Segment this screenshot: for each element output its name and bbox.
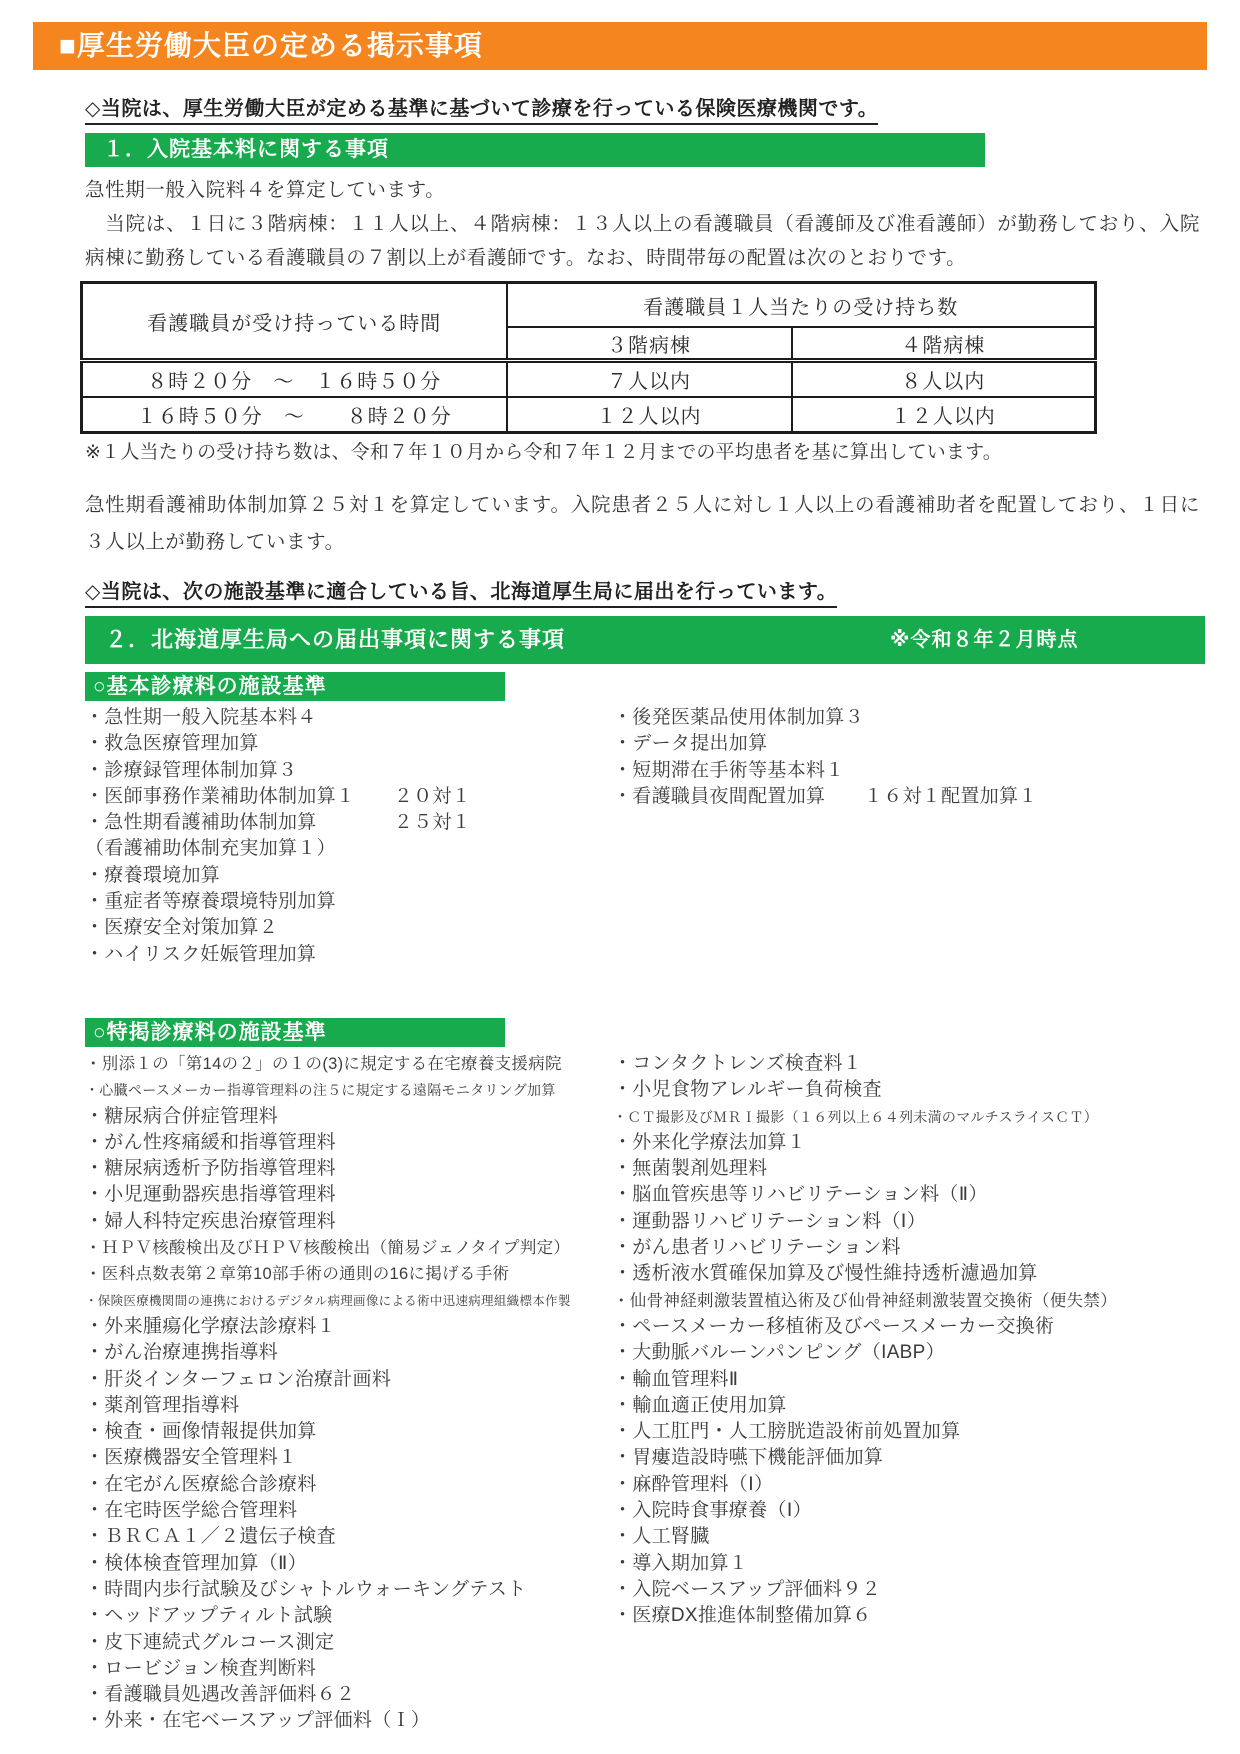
list-item: ・後発医薬品使用体制加算３: [613, 705, 1200, 731]
table-cell-ward3: ７人以内: [507, 361, 792, 398]
table-cell-ward3: １２人以内: [507, 397, 792, 433]
list-item: ・がん性疼痛緩和指導管理料: [85, 1130, 613, 1156]
certification-statement: ◇当院は、厚生労働大臣が定める基準に基づいて診療を行っている保険医療機関です。: [85, 92, 1200, 125]
list-item: ・保険医療機関間の連携におけるデジタル病理画像による術中迅速病理組織標本作製: [85, 1288, 613, 1314]
basic-criteria-left-list: ・急性期一般入院基本料４・救急医療管理加算・診療録管理体制加算３・医師事務作業補…: [85, 705, 613, 968]
list-item: ・がん患者リハビリテーション料: [613, 1235, 1200, 1261]
list-item: ・がん治療連携指導料: [85, 1340, 613, 1366]
list-item: ・医療機器安全管理料１: [85, 1445, 613, 1471]
list-item: ・透析液水質確保加算及び慢性維持透析濾過加算: [613, 1261, 1200, 1287]
list-item: ・医科点数表第２章第10部手術の通則の16に掲げる手術: [85, 1261, 613, 1287]
list-item: ・ペースメーカー移植術及びペースメーカー交換術: [613, 1314, 1200, 1340]
section2-date-note: ※令和８年２月時点: [890, 616, 1078, 664]
table-header-ward4: ４階病棟: [792, 327, 1096, 361]
list-item: ・外来化学療法加算１: [613, 1130, 1200, 1156]
special-criteria-heading: ○特掲診療料の施設基準: [85, 1018, 505, 1047]
list-item: ・入院時食事療養（Ⅰ）: [613, 1498, 1200, 1524]
list-item: ・導入期加算１: [613, 1551, 1200, 1577]
list-item: ・外来・在宅ベースアップ評価料（Ｉ）: [85, 1708, 613, 1734]
list-item: ・入院ベースアップ評価料９２: [613, 1577, 1200, 1603]
list-item: ・看護職員処遇改善評価料６２: [85, 1682, 613, 1708]
list-item: ・胃瘻造設時嚥下機能評価加算: [613, 1445, 1200, 1471]
list-item: ・輸血適正使用加算: [613, 1393, 1200, 1419]
list-item: ・ＨＰＶ核酸検出及びＨＰＶ核酸検出（簡易ジェノタイプ判定）: [85, 1235, 613, 1261]
list-item: ・外来腫瘍化学療法診療料１: [85, 1314, 613, 1340]
basic-criteria-right-list: ・後発医薬品使用体制加算３・データ提出加算・短期滞在手術等基本料１・看護職員夜間…: [613, 705, 1200, 968]
list-item: ・別添１の「第14の２」の１の(3)に規定する在宅療養支援病院: [85, 1051, 613, 1077]
table-footnote: ※１人当たりの受け持ち数は、令和７年１０月から令和７年１２月までの平均患者を基に…: [85, 440, 1200, 465]
table-header-time: 看護職員が受け持っている時間: [82, 283, 507, 361]
table-cell-time: １６時５０分 ～ ８時２０分: [82, 397, 507, 433]
section2-heading: ２．北海道厚生局への届出事項に関する事項 ※令和８年２月時点: [85, 616, 1205, 664]
paragraph-inpatient-fee: 急性期一般入院料４を算定しています。: [85, 175, 1200, 205]
table-cell-time: ８時２０分 ～ １６時５０分: [82, 361, 507, 398]
list-item: （看護補助体制充実加算１）: [85, 836, 613, 862]
certification-statement-text: ◇当院は、厚生労働大臣が定める基準に基づいて診療を行っている保険医療機関です。: [85, 92, 878, 125]
list-item: ・運動器リハビリテーション料（Ⅰ）: [613, 1209, 1200, 1235]
basic-criteria-heading: ○基本診療料の施設基準: [85, 672, 505, 701]
special-criteria-right-list: ・コンタクトレンズ検査料１・小児食物アレルギー負荷検査・ＣＴ撮影及びＭＲＩ撮影（…: [613, 1051, 1200, 1735]
list-item: ・人工腎臓: [613, 1524, 1200, 1550]
list-item: ・脳血管疾患等リハビリテーション料（Ⅱ）: [613, 1182, 1200, 1208]
table-cell-ward4: ８人以内: [792, 361, 1096, 398]
table-header-per-nurse: 看護職員１人当たりの受け持ち数: [507, 283, 1096, 328]
list-item: ・医師事務作業補助体制加算１ ２０対１: [85, 784, 613, 810]
section2-heading-text: ２．北海道厚生局への届出事項に関する事項: [105, 627, 565, 652]
list-item: ・ＢＲＣＡ１／２遺伝子検査: [85, 1524, 613, 1550]
list-item: ・看護職員夜間配置加算 １６対１配置加算１: [613, 784, 1200, 810]
list-item: ・ヘッドアップティルト試験: [85, 1603, 613, 1629]
table-row: １６時５０分 ～ ８時２０分 １２人以内 １２人以内: [82, 397, 1096, 433]
list-item: ・皮下連続式グルコース測定: [85, 1630, 613, 1656]
list-item: ・ハイリスク妊娠管理加算: [85, 942, 613, 968]
table-header-ward3: ３階病棟: [507, 327, 792, 361]
notification-statement-text: ◇当院は、次の施設基準に適合している旨、北海道厚生局に届出を行っています。: [85, 575, 837, 608]
list-item: ・無菌製剤処理料: [613, 1156, 1200, 1182]
list-item: ・肝炎インターフェロン治療計画料: [85, 1367, 613, 1393]
list-item: ・輸血管理料Ⅱ: [613, 1367, 1200, 1393]
paragraph-nursing-assistant: 急性期看護補助体制加算２５対１を算定しています。入院患者２５人に対し１人以上の看…: [85, 487, 1200, 561]
list-item: ・救急医療管理加算: [85, 731, 613, 757]
list-item: ・薬剤管理指導料: [85, 1393, 613, 1419]
basic-criteria-columns: ・急性期一般入院基本料４・救急医療管理加算・診療録管理体制加算３・医師事務作業補…: [85, 705, 1200, 968]
list-item: ・ＣＴ撮影及びＭＲＩ撮影（１６列以上６４列未満のマルチスライスＣＴ）: [613, 1104, 1200, 1130]
list-item: ・仙骨神経刺激装置植込術及び仙骨神経刺激装置交換術（便失禁）: [613, 1288, 1200, 1314]
list-item: ・小児食物アレルギー負荷検査: [613, 1077, 1200, 1103]
document-page: ■厚生労働大臣の定める掲示事項 ◇当院は、厚生労働大臣が定める基準に基づいて診療…: [0, 0, 1240, 1754]
list-item: ・コンタクトレンズ検査料１: [613, 1051, 1200, 1077]
list-item: ・時間内歩行試験及びシャトルウォーキングテスト: [85, 1577, 613, 1603]
list-item: ・急性期看護補助体制加算 ２５対１: [85, 810, 613, 836]
list-item: ・心臓ペースメーカー指導管理料の注５に規定する遠隔モニタリング加算: [85, 1077, 613, 1103]
list-item: ・在宅時医学総合管理料: [85, 1498, 613, 1524]
list-item: ・データ提出加算: [613, 731, 1200, 757]
special-criteria-left-list: ・別添１の「第14の２」の１の(3)に規定する在宅療養支援病院・心臓ペースメーカ…: [85, 1051, 613, 1735]
list-item: ・医療DX推進体制整備加算６: [613, 1603, 1200, 1629]
nurse-assignment-table: 看護職員が受け持っている時間 看護職員１人当たりの受け持ち数 ３階病棟 ４階病棟…: [80, 281, 1097, 434]
list-item: ・診療録管理体制加算３: [85, 758, 613, 784]
list-item: ・短期滞在手術等基本料１: [613, 758, 1200, 784]
list-item: ・重症者等療養環境特別加算: [85, 889, 613, 915]
list-item: ・小児運動器疾患指導管理料: [85, 1182, 613, 1208]
page-title: ■厚生労働大臣の定める掲示事項: [33, 22, 1207, 70]
section1-heading: １．入院基本料に関する事項: [85, 133, 985, 167]
list-item: ・人工肛門・人工膀胱造設術前処置加算: [613, 1419, 1200, 1445]
list-item: ・医療安全対策加算２: [85, 915, 613, 941]
table-row: ８時２０分 ～ １６時５０分 ７人以内 ８人以内: [82, 361, 1096, 398]
content-area: ◇当院は、厚生労働大臣が定める基準に基づいて診療を行っている保険医療機関です。 …: [0, 92, 1240, 1735]
list-item: ・ロービジョン検査判断料: [85, 1656, 613, 1682]
list-item: ・急性期一般入院基本料４: [85, 705, 613, 731]
table-cell-ward4: １２人以内: [792, 397, 1096, 433]
list-item: ・糖尿病合併症管理料: [85, 1104, 613, 1130]
list-item: ・在宅がん医療総合診療料: [85, 1472, 613, 1498]
list-item: ・検査・画像情報提供加算: [85, 1419, 613, 1445]
special-criteria-columns: ・別添１の「第14の２」の１の(3)に規定する在宅療養支援病院・心臓ペースメーカ…: [85, 1051, 1200, 1735]
notification-statement: ◇当院は、次の施設基準に適合している旨、北海道厚生局に届出を行っています。: [85, 575, 1200, 608]
list-item: ・麻酔管理料（Ⅰ）: [613, 1472, 1200, 1498]
paragraph-nurse-staffing: 当院は、１日に３階病棟：１１人以上、４階病棟：１３人以上の看護職員（看護師及び准…: [85, 207, 1200, 275]
list-item: ・婦人科特定疾患治療管理料: [85, 1209, 613, 1235]
list-item: ・糖尿病透析予防指導管理料: [85, 1156, 613, 1182]
list-item: ・療養環境加算: [85, 863, 613, 889]
list-item: ・検体検査管理加算（Ⅱ）: [85, 1551, 613, 1577]
list-item: ・大動脈バルーンパンピング（IABP）: [613, 1340, 1200, 1366]
